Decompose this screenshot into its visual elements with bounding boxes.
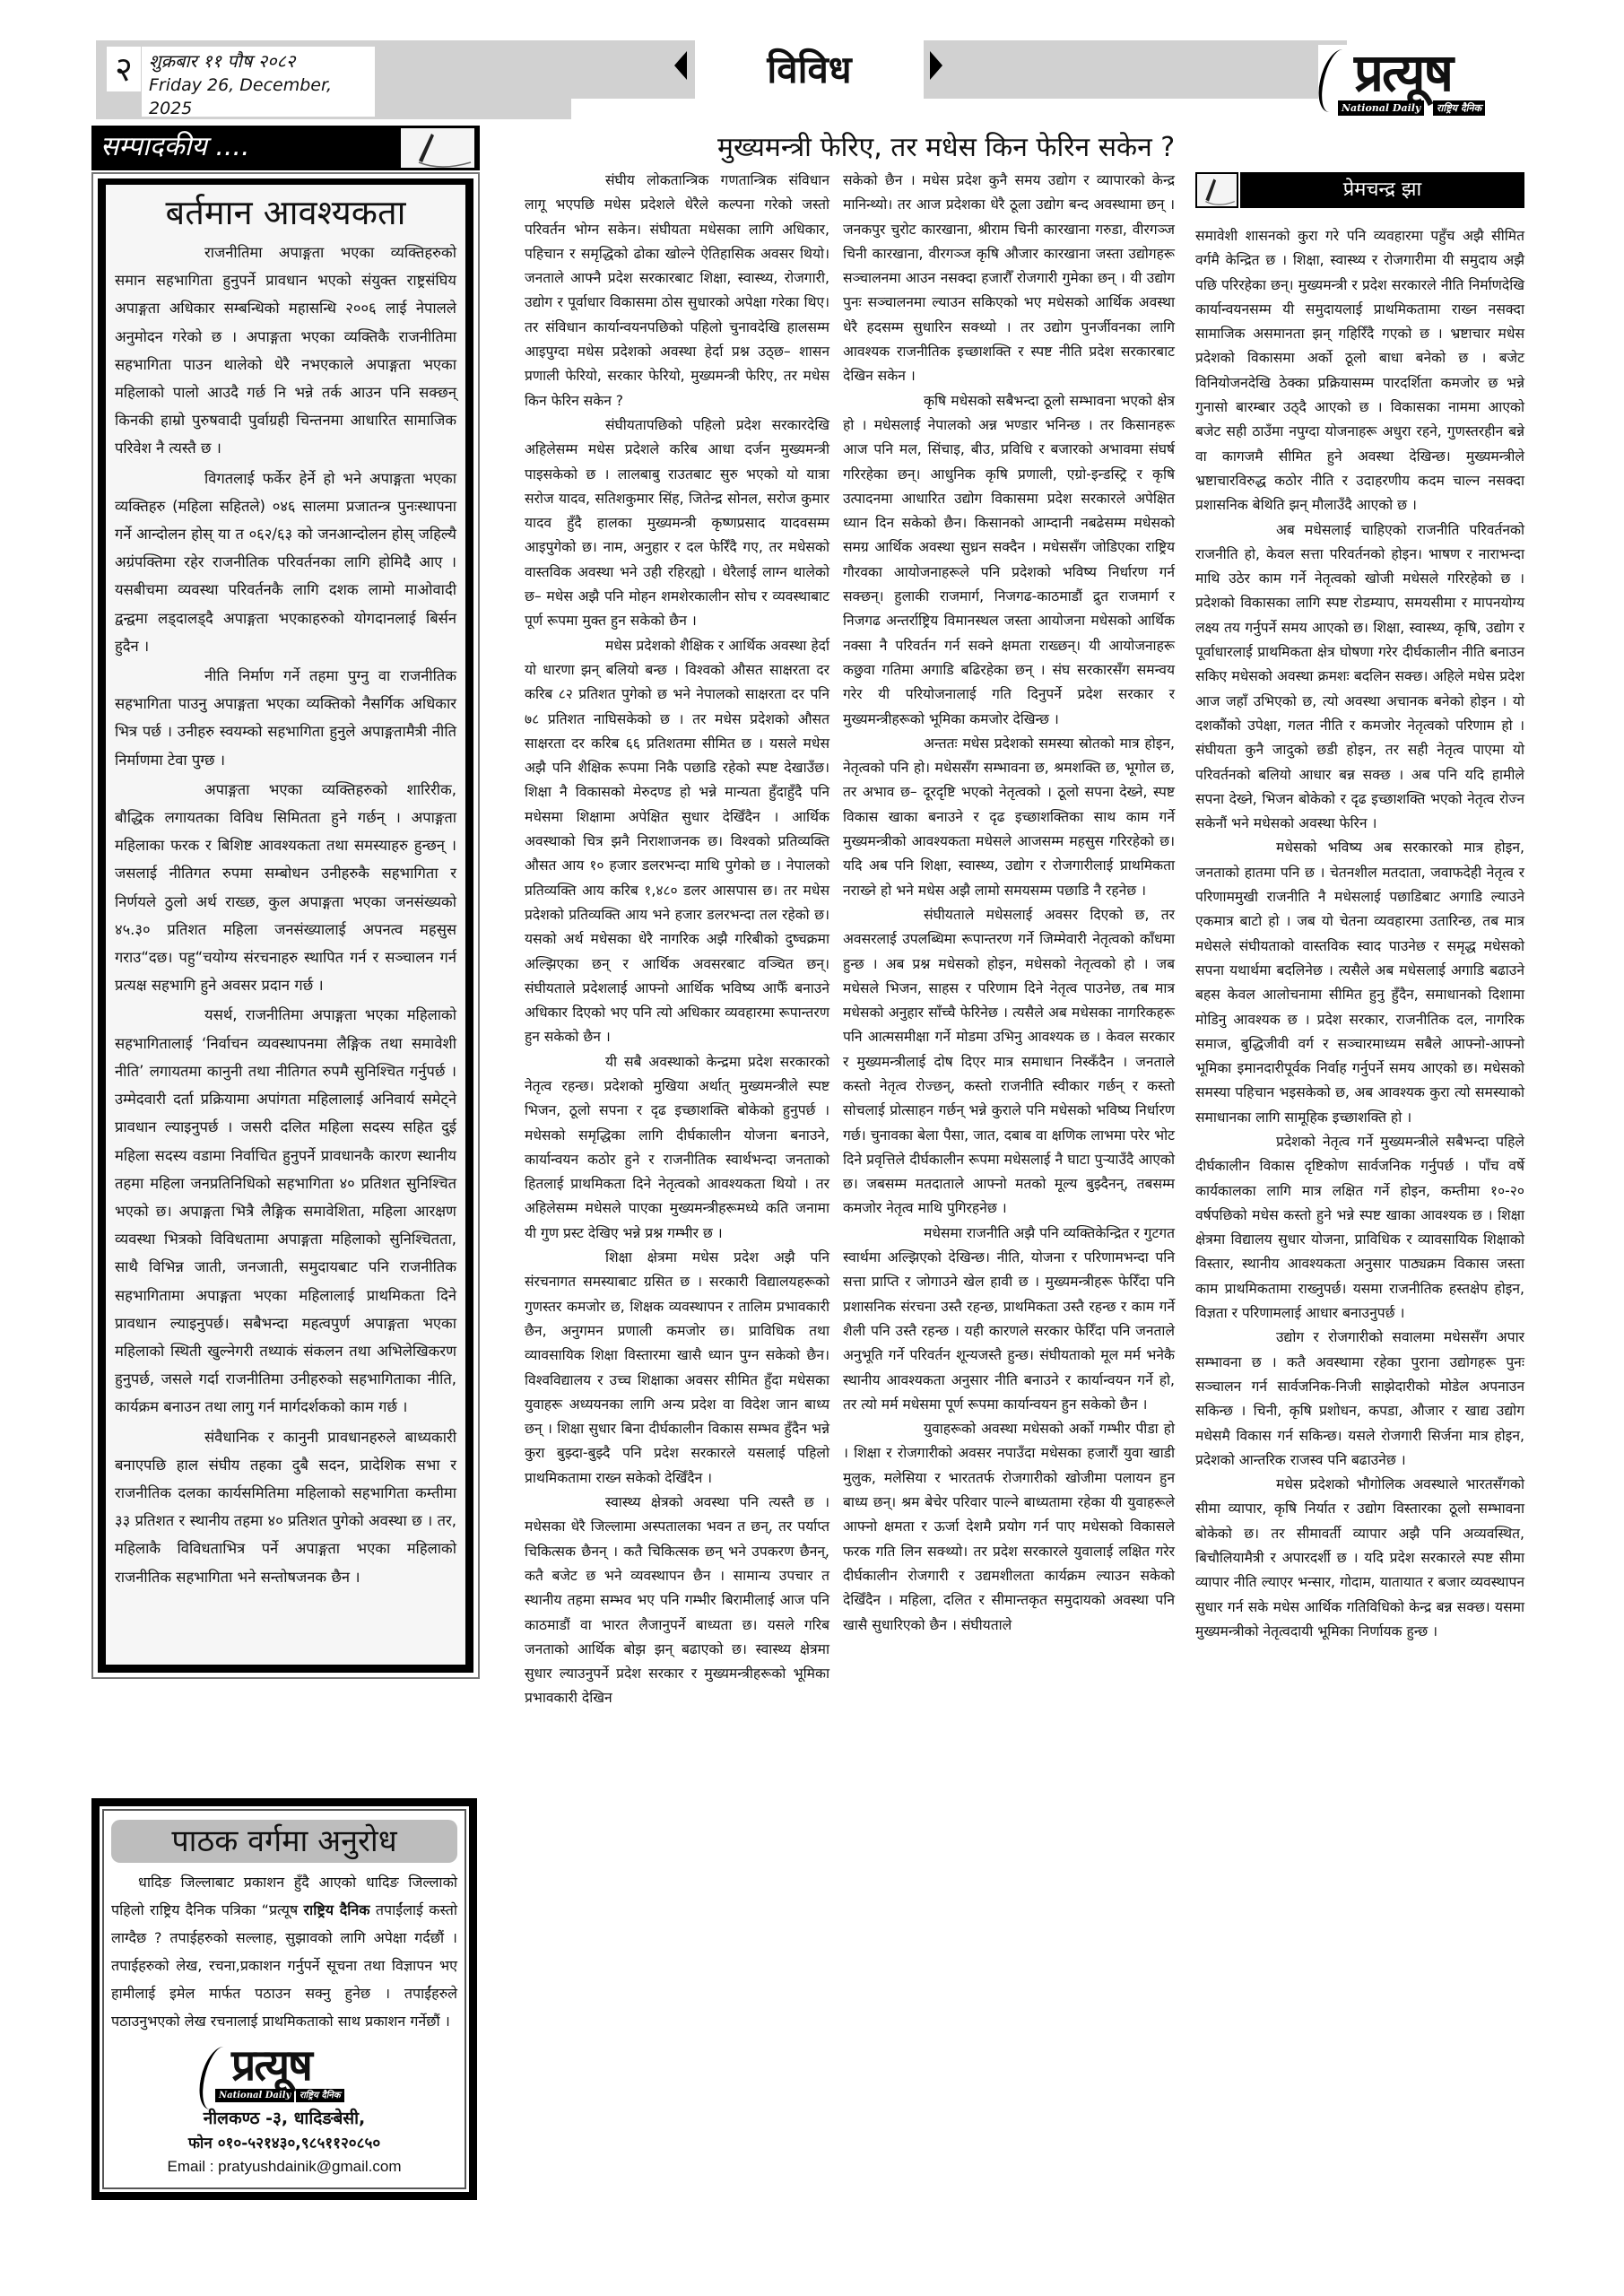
article-paragraph: समावेशी शासनको कुरा गरे पनि व्यवहारमा पह… — [1195, 224, 1524, 518]
logo-tag-nepali: राष्ट्रिय दैनिक — [1433, 100, 1485, 116]
logo-wordmark: प्रत्यूष — [231, 2042, 311, 2089]
author-byline: प्रेमचन्द्र झा — [1195, 172, 1524, 208]
editorial-box: बर्तमान आवश्यकता राजनीतिमा अपाङ्गता भएका… — [91, 172, 480, 1679]
address: नीलकण्ठ -३, धादिङबेसी, — [111, 2105, 457, 2132]
editorial-paragraph: यसर्थ, राजनीतिमा अपाङ्गता भएका महिलाको स… — [115, 1001, 456, 1421]
article-column-2: सकेको छैन । मधेस प्रदेश कुनै समय उद्योग … — [843, 169, 1175, 1638]
logo-tag-english: National Daily — [1338, 100, 1424, 116]
article-paragraph: सकेको छैन । मधेस प्रदेश कुनै समय उद्योग … — [843, 169, 1175, 389]
editorial-label: सम्पादकीय .... — [100, 129, 249, 165]
reader-request-box: पाठक वर्गमा अनुरोध धादिङ जिल्लाबाट प्रका… — [91, 1798, 477, 2200]
article-title: मुख्यमन्त्री फेरिए, तर मधेस किन फेरिन सक… — [717, 128, 1175, 168]
editorial-paragraph: नीति निर्माण गर्ने तहमा पुग्नु वा राजनीत… — [115, 662, 456, 774]
reader-request-text: धादिङ जिल्लाबाट प्रकाशन हुँदै आएको धादिङ… — [111, 1868, 457, 2035]
pen-icon — [401, 128, 474, 168]
logo-wordmark: प्रत्यूष — [1354, 45, 1452, 100]
article-paragraph: मधेस प्रदेशको शैक्षिक र आर्थिक अवस्था हे… — [525, 634, 829, 1050]
article-paragraph: मधेस प्रदेशको भौगोलिक अवस्थाले भारतसँगको… — [1195, 1473, 1524, 1644]
editorial-header: सम्पादकीय .... — [91, 126, 480, 170]
author-name: प्रेमचन्द्र झा — [1240, 172, 1524, 208]
logo-tag-nepali: राष्ट्रिय दैनिक — [296, 2089, 344, 2102]
article-column-1: संघीय लोकतान्त्रिक गणतान्त्रिक संविधान ल… — [525, 169, 829, 1711]
article-paragraph: कृषि मधेसको सबैभन्दा ठूलो सम्भावना भएको … — [843, 389, 1175, 732]
article-paragraph: स्वास्थ्य क्षेत्रको अवस्था पनि त्यस्तै छ… — [525, 1491, 829, 1711]
page-number: २ — [107, 47, 141, 91]
article-paragraph: युवाहरूको अवस्था मधेसको अर्को गम्भीर पीड… — [843, 1417, 1175, 1638]
editorial-paragraph: राजनीतिमा अपाङ्गता भएका व्यक्तिहरुको समा… — [115, 239, 456, 463]
article-paragraph: प्रदेशको नेतृत्व गर्ने मुख्यमन्त्रीले सब… — [1195, 1130, 1524, 1326]
date-english: Friday 26, December, 2025 — [149, 74, 368, 120]
arrow-right-icon — [930, 51, 942, 80]
date-nepali: शुक्रबार ११ पौष २०८२ — [149, 48, 368, 74]
arrow-left-icon — [674, 51, 687, 80]
editorial-paragraph: अपाङ्गता भएका व्यक्तिहरुको शारिरीक, बौद्… — [115, 776, 456, 1000]
phone: फोन ०१०-५२१४३०,९८५११२०८५० — [111, 2132, 457, 2155]
article-paragraph: अब मधेसलाई चाहिएको राजनीति परिवर्तनको रा… — [1195, 518, 1524, 837]
editorial-paragraph: संवैधानिक र कानुनी प्रावधानहरुले बाध्यका… — [115, 1423, 456, 1591]
article-paragraph: मधेसको भविष्य अब सरकारको मात्र होइन, जनत… — [1195, 836, 1524, 1130]
masthead-logo: प्रत्यूष National Daily राष्ट्रिय दैनिक — [1318, 45, 1511, 117]
section-title: विविध — [695, 40, 924, 99]
date-box: शुक्रबार ११ पौष २०८२ Friday 26, December… — [142, 47, 375, 117]
logo-tag-english: National Daily — [215, 2089, 294, 2102]
article-paragraph: संघीय लोकतान्त्रिक गणतान्त्रिक संविधान ल… — [525, 169, 829, 413]
reader-request-text-part2: तपाईंलाई कस्तो लाग्दैछ ? तपाईहरुको सल्ला… — [111, 1901, 457, 2030]
article-paragraph: संघीयताले मधेसलाई अवसर दिएको छ, तर अवसरल… — [843, 903, 1175, 1222]
reader-request-text-bold: राष्ट्रिय दैनिक — [304, 1901, 370, 1918]
article-paragraph: अन्ततः मधेस प्रदेशको समस्या स्रोतको मात्… — [843, 732, 1175, 903]
article-paragraph: संघीयतापछिको पहिलो प्रदेश सरकारदेखि अहिल… — [525, 413, 829, 634]
article-paragraph: शिक्षा क्षेत्रमा मधेस प्रदेश अझै पनि संर… — [525, 1246, 829, 1491]
reader-request-title: पाठक वर्गमा अनुरोध — [111, 1820, 457, 1863]
footer-logo: प्रत्यूष National Daily राष्ट्रिय दैनिक — [199, 2042, 369, 2105]
editorial-title: बर्तमान आवश्यकता — [115, 190, 456, 235]
article-paragraph: यी सबै अवस्थाको केन्द्रमा प्रदेश सरकारको… — [525, 1050, 829, 1246]
article-paragraph: उद्योग र रोजगारीको सवालमा मधेससँग अपार स… — [1195, 1326, 1524, 1473]
editorial-paragraph: विगतलाई फर्केर हेर्ने हो भने अपाङ्गता भए… — [115, 465, 456, 660]
article-paragraph: मधेसमा राजनीति अझै पनि व्यक्तिकेन्द्रित … — [843, 1222, 1175, 1417]
pen-icon — [1195, 172, 1238, 208]
article-column-3: समावेशी शासनको कुरा गरे पनि व्यवहारमा पह… — [1195, 224, 1524, 1644]
email[interactable]: Email : pratyushdainik@gmail.com — [111, 2155, 457, 2179]
